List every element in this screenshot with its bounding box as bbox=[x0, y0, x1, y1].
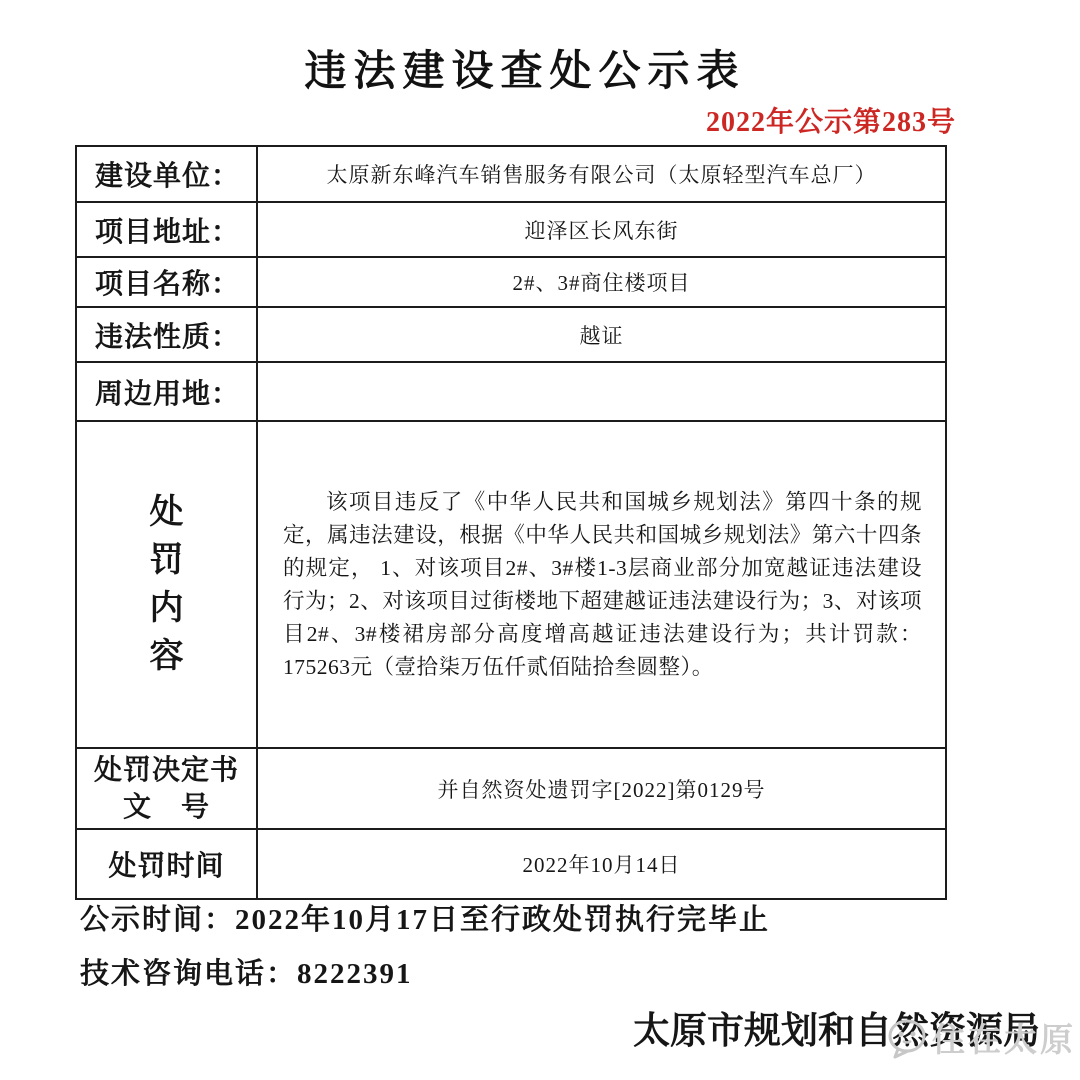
punishment-content-cell: 该项目违反了《中华人民共和国城乡规划法》第四十条的规定，属违法建设，根据《中华人… bbox=[257, 421, 946, 748]
publicity-time-line: 公示时间：2022年10月17日至行政处罚执行完毕止 bbox=[80, 897, 770, 938]
row-label: 违法性质： bbox=[76, 307, 257, 362]
row-value: 太原新东峰汽车销售服务有限公司（太原轻型汽车总厂） bbox=[257, 146, 946, 202]
row-label: 建设单位： bbox=[76, 146, 257, 202]
table-row-violation-nature: 违法性质： 越证 bbox=[76, 307, 946, 362]
table-row-project-address: 项目地址： 迎泽区长风东街 bbox=[76, 202, 946, 257]
table-row-construction-unit: 建设单位： 太原新东峰汽车销售服务有限公司（太原轻型汽车总厂） bbox=[76, 146, 946, 202]
row-value: 迎泽区长风东街 bbox=[257, 202, 946, 257]
page-title: 违法建设查处公示表 bbox=[0, 38, 1050, 98]
punishment-label-char: 内 bbox=[78, 585, 255, 633]
table-row-punishment-time: 处罚时间 2022年10月14日 bbox=[76, 829, 946, 899]
table-row-decision-doc-number: 处罚决定书 文 号 并自然资处遗罚字[2022]第0129号 bbox=[76, 748, 946, 829]
decision-doc-value: 并自然资处遗罚字[2022]第0129号 bbox=[257, 748, 946, 829]
table-row-punishment-content: 处 罚 内 容 该项目违反了《中华人民共和国城乡规划法》第四十条的规定，属违法建… bbox=[76, 421, 946, 748]
doc-number: 2022年公示第283号 bbox=[706, 100, 956, 140]
punishment-label-char: 处 bbox=[78, 489, 255, 537]
table-row-project-name: 项目名称： 2#、3#商住楼项目 bbox=[76, 257, 946, 307]
row-label: 项目名称： bbox=[76, 257, 257, 307]
authority-signature: 太原市规划和自然资源局 bbox=[633, 1000, 1040, 1054]
decision-doc-label-line2: 文 号 bbox=[78, 789, 255, 826]
notice-page: 违法建设查处公示表 2022年公示第283号 建设单位： 太原新东峰汽车销售服务… bbox=[0, 0, 1080, 1080]
decision-doc-label: 处罚决定书 文 号 bbox=[76, 748, 257, 829]
punishment-content-label: 处 罚 内 容 bbox=[76, 421, 257, 748]
decision-doc-label-line1: 处罚决定书 bbox=[78, 752, 255, 789]
row-label: 项目地址： bbox=[76, 202, 257, 257]
notice-table: 建设单位： 太原新东峰汽车销售服务有限公司（太原轻型汽车总厂） 项目地址： 迎泽… bbox=[75, 145, 947, 900]
punishment-label-char: 容 bbox=[78, 633, 255, 681]
punishment-content-text: 该项目违反了《中华人民共和国城乡规划法》第四十条的规定，属违法建设，根据《中华人… bbox=[259, 486, 944, 684]
punishment-time-label: 处罚时间 bbox=[76, 829, 257, 899]
punishment-label-char: 罚 bbox=[78, 537, 255, 585]
row-value: 2#、3#商住楼项目 bbox=[257, 257, 946, 307]
tech-phone-line: 技术咨询电话：8222391 bbox=[80, 951, 413, 992]
table-row-surrounding-land: 周边用地： bbox=[76, 362, 946, 421]
punishment-time-value: 2022年10月14日 bbox=[257, 829, 946, 899]
row-label: 周边用地： bbox=[76, 362, 257, 421]
row-value: 越证 bbox=[257, 307, 946, 362]
row-value bbox=[257, 362, 946, 421]
